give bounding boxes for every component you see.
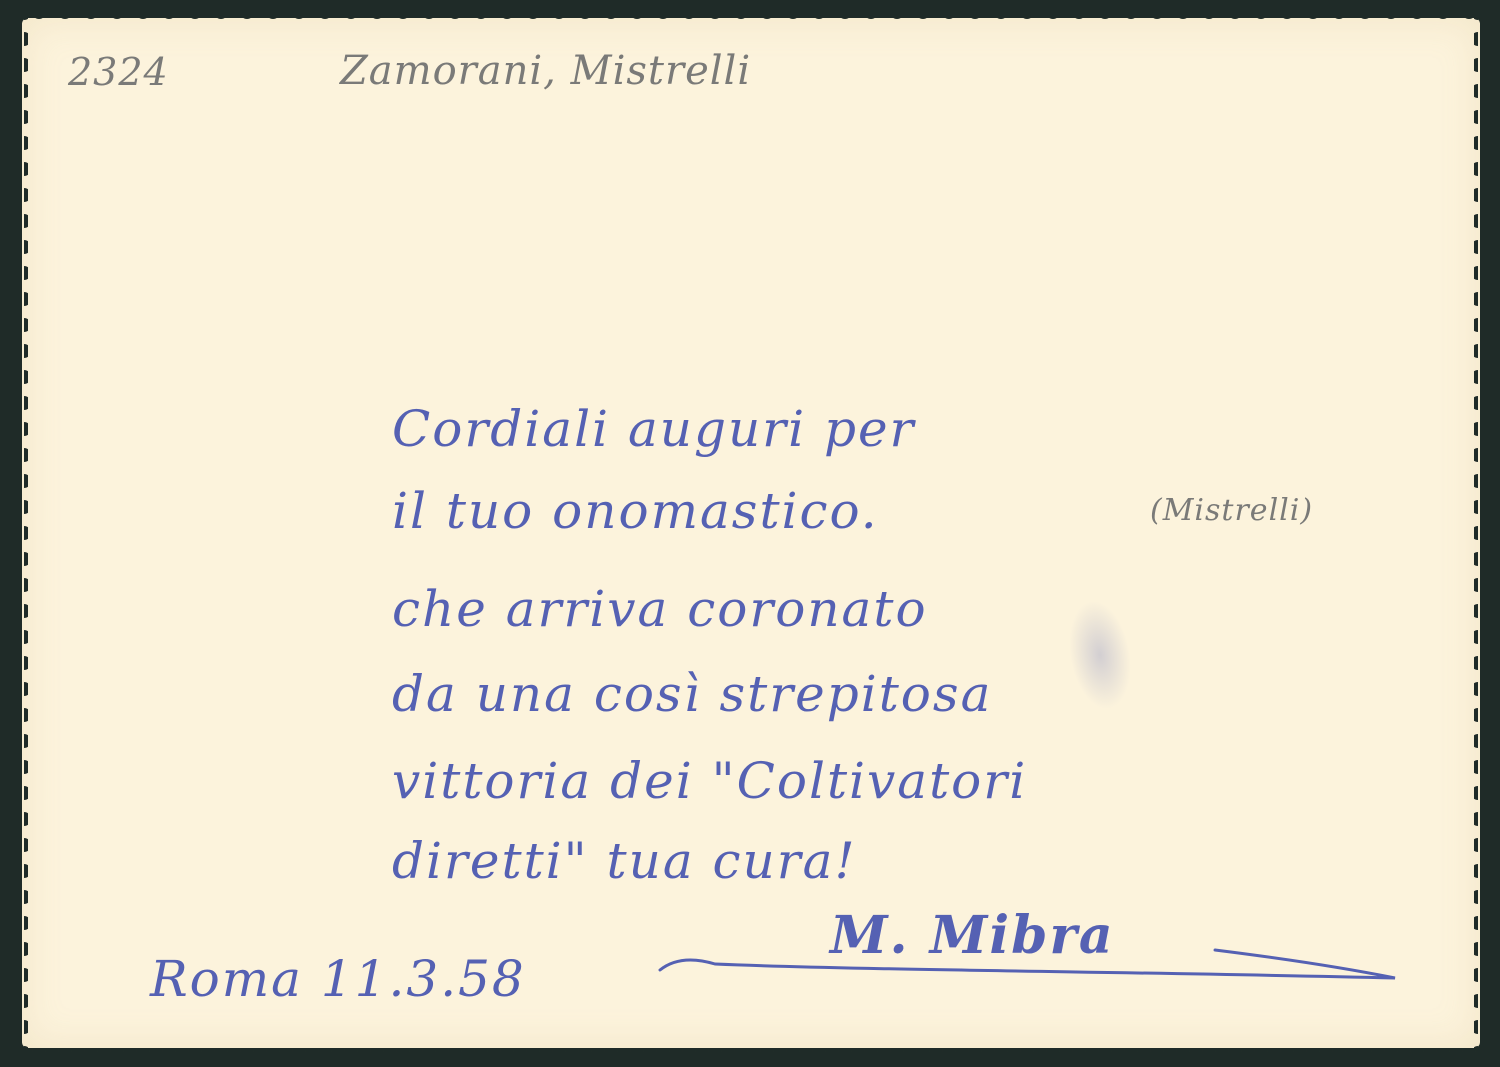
margin-note: (Mistrelli) (1150, 493, 1313, 528)
message-line: che arriva coronato (392, 580, 928, 638)
archive-note: Zamorani, Mistrelli (340, 48, 751, 94)
place-date: Roma 11.3.58 (150, 950, 526, 1008)
message-line: da una così strepitosa (392, 665, 992, 723)
message-line: Cordiali auguri per (392, 400, 915, 458)
message-line: il tuo onomastico. (392, 482, 879, 540)
archive-number: 2324 (68, 50, 169, 94)
signature-flourish (655, 940, 1415, 1000)
message-line: vittoria dei "Coltivatori (392, 752, 1027, 810)
message-line: diretti" tua cura! (392, 832, 857, 890)
